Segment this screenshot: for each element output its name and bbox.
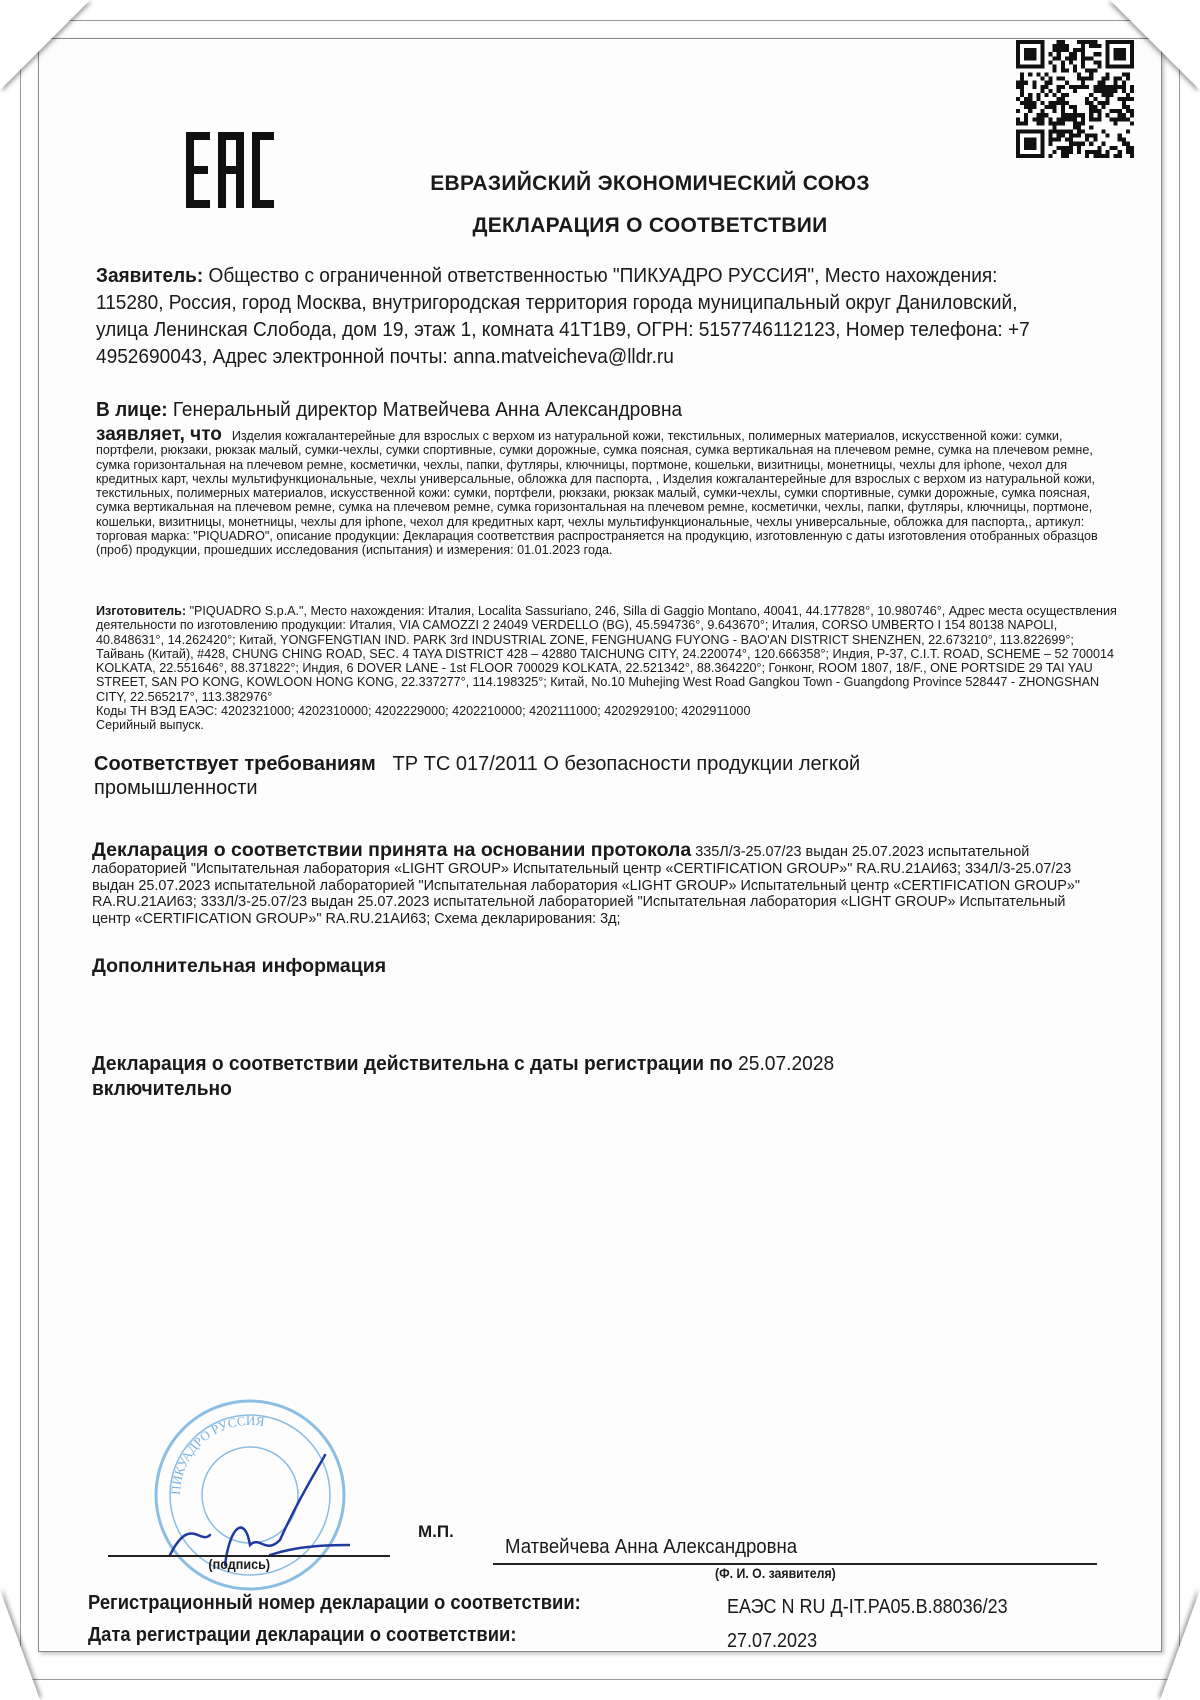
basis-section: Декларация о соответствии принята на осн… bbox=[92, 842, 1102, 928]
representative-label: В лице: bbox=[96, 398, 168, 421]
basis-label: Декларация о соответствии принята на осн… bbox=[92, 839, 691, 861]
representative-text: Генеральный директор Матвейчева Анна Але… bbox=[173, 398, 682, 421]
page-corner-fold bbox=[0, 1590, 40, 1700]
declaration-label: заявляет, что bbox=[96, 424, 222, 445]
qr-code-icon bbox=[1016, 40, 1134, 158]
validity-section: Декларация о соответствии действительна … bbox=[92, 1052, 956, 1102]
conformity-section: Соответствует требованиям ТР ТС 017/2011… bbox=[94, 752, 994, 800]
additional-info-heading: Дополнительная информация bbox=[92, 955, 386, 978]
stamp-mark-label: М.П. bbox=[418, 1522, 454, 1542]
registration-number-label: Регистрационный номер декларации о соотв… bbox=[88, 1592, 581, 1615]
svg-text:ПИКУАДРО РУССИЯ: ПИКУАДРО РУССИЯ bbox=[168, 1413, 266, 1495]
manufacturer-text: "PIQUADRO S.p.A.", Место нахождения: Ита… bbox=[96, 604, 1117, 704]
eac-mark-icon bbox=[186, 132, 274, 208]
conformity-label: Соответствует требованиям bbox=[94, 753, 376, 775]
hs-codes: Коды ТН ВЭД ЕАЭС: 4202321000; 4202310000… bbox=[96, 704, 750, 718]
declaration-text: Изделия кожгалантерейные для взрослых с … bbox=[96, 429, 1098, 557]
registration-date-label: Дата регистрации декларации о соответств… bbox=[88, 1624, 516, 1647]
validity-suffix: включительно bbox=[92, 1078, 232, 1100]
union-heading: ЕВРАЗИЙСКИЙ ЭКОНОМИЧЕСКИЙ СОЮЗ bbox=[340, 172, 960, 196]
signer-caption: (Ф. И. О. заявителя) bbox=[715, 1565, 836, 1581]
signature-scribble bbox=[170, 1455, 350, 1565]
registration-number: ЕАЭС N RU Д-IT.РА05.В.88036/23 bbox=[727, 1596, 1008, 1619]
signer-name: Матвейчева Анна Александровна bbox=[505, 1536, 797, 1559]
page-corner-fold bbox=[0, 0, 90, 90]
representative-section: В лице: Генеральный директор Матвейчева … bbox=[96, 398, 1026, 422]
applicant-label: Заявитель: bbox=[96, 264, 203, 287]
declaration-section: заявляет, чтоИзделия кожгалантерейные дл… bbox=[96, 428, 1124, 558]
validity-label: Декларация о соответствии действительна … bbox=[92, 1053, 733, 1075]
page-title: ДЕКЛАРАЦИЯ О СООТВЕТСТВИИ bbox=[340, 214, 960, 238]
registration-date: 27.07.2023 bbox=[727, 1630, 817, 1653]
validity-date: 25.07.2028 bbox=[738, 1053, 834, 1075]
applicant-section: Заявитель: Общество с ограниченной ответ… bbox=[96, 262, 1054, 370]
production-type: Серийный выпуск. bbox=[96, 718, 204, 732]
page-corner-fold bbox=[1160, 1590, 1200, 1700]
manufacturer-label: Изготовитель: bbox=[96, 604, 186, 618]
manufacturer-section: Изготовитель: "PIQUADRO S.p.A.", Место н… bbox=[96, 604, 1124, 733]
applicant-text: Общество с ограниченной ответственностью… bbox=[96, 264, 1030, 368]
signature-caption: (подпись) bbox=[208, 1556, 270, 1572]
